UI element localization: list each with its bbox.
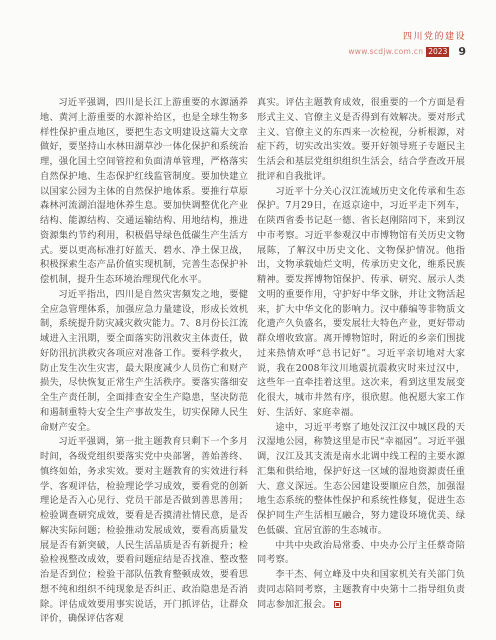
header-meta: www.scdjw.com.cn 2023 9: [348, 45, 466, 58]
website-url: www.scdjw.com.cn: [348, 47, 423, 56]
magazine-page: 四川党的建设 www.scdjw.com.cn 2023 9 习近平强调，四川是…: [0, 0, 496, 640]
paragraph-hanzhong-visit: 习近平十分关心汉江流域历史文化传承和生态保护。7月29日，在返京途中，习近平走下…: [257, 185, 465, 421]
page-number: 9: [458, 45, 466, 58]
article-right-column: 真实。评估主题教育成效，很重要的一个方面是看形式主义、官僚主义是否得到有效解决。…: [257, 96, 465, 627]
article-end-mark-icon: [334, 601, 341, 608]
magazine-title: 四川党的建设: [348, 29, 466, 42]
paragraph-disaster-prevention: 习近平指出，四川是自然灾害频发之地，要健全应急管理体系，加强应急力量建设，形成长…: [40, 288, 248, 436]
paragraph-accompanying-officials-text: 李干杰、何立峰及中央和国家机关有关部门负责同志陪同考察，主题教育中央第十二指导组…: [257, 569, 465, 610]
article-left-column: 习近平强调，四川是长江上游重要的水源涵养地、黄河上游重要的水源补给区，也是全球生…: [40, 96, 248, 627]
paragraph-theme-education-start: 习近平强调，第一批主题教育只剩下一个多月时间，各级党组织要落实党中央部署，善始善…: [40, 435, 248, 627]
page-header: 四川党的建设 www.scdjw.com.cn 2023 9: [348, 29, 466, 58]
paragraph-ecology: 习近平强调，四川是长江上游重要的水源涵养地、黄河上游重要的水源补给区，也是全球生…: [40, 96, 248, 288]
issue-year-badge: 2023: [426, 47, 449, 57]
paragraph-accompanying-officials: 李干杰、何立峰及中央和国家机关有关部门负责同志陪同考察，主题教育中央第十二指导组…: [257, 568, 465, 612]
paragraph-wetland-park: 途中，习近平考察了地处汉江汉中城区段的天汉湿地公园，称赞这里是市民“幸福园”。习…: [257, 421, 465, 539]
paragraph-theme-education-continued: 真实。评估主题教育成效，很重要的一个方面是看形式主义、官僚主义是否得到有效解决。…: [257, 96, 465, 185]
article-body: 习近平强调，四川是长江上游重要的水源涵养地、黄河上游重要的水源补给区，也是全球生…: [40, 96, 465, 627]
paragraph-accompanying-leader: 中共中央政治局常委、中央办公厅主任蔡奇陪同考察。: [257, 539, 465, 569]
